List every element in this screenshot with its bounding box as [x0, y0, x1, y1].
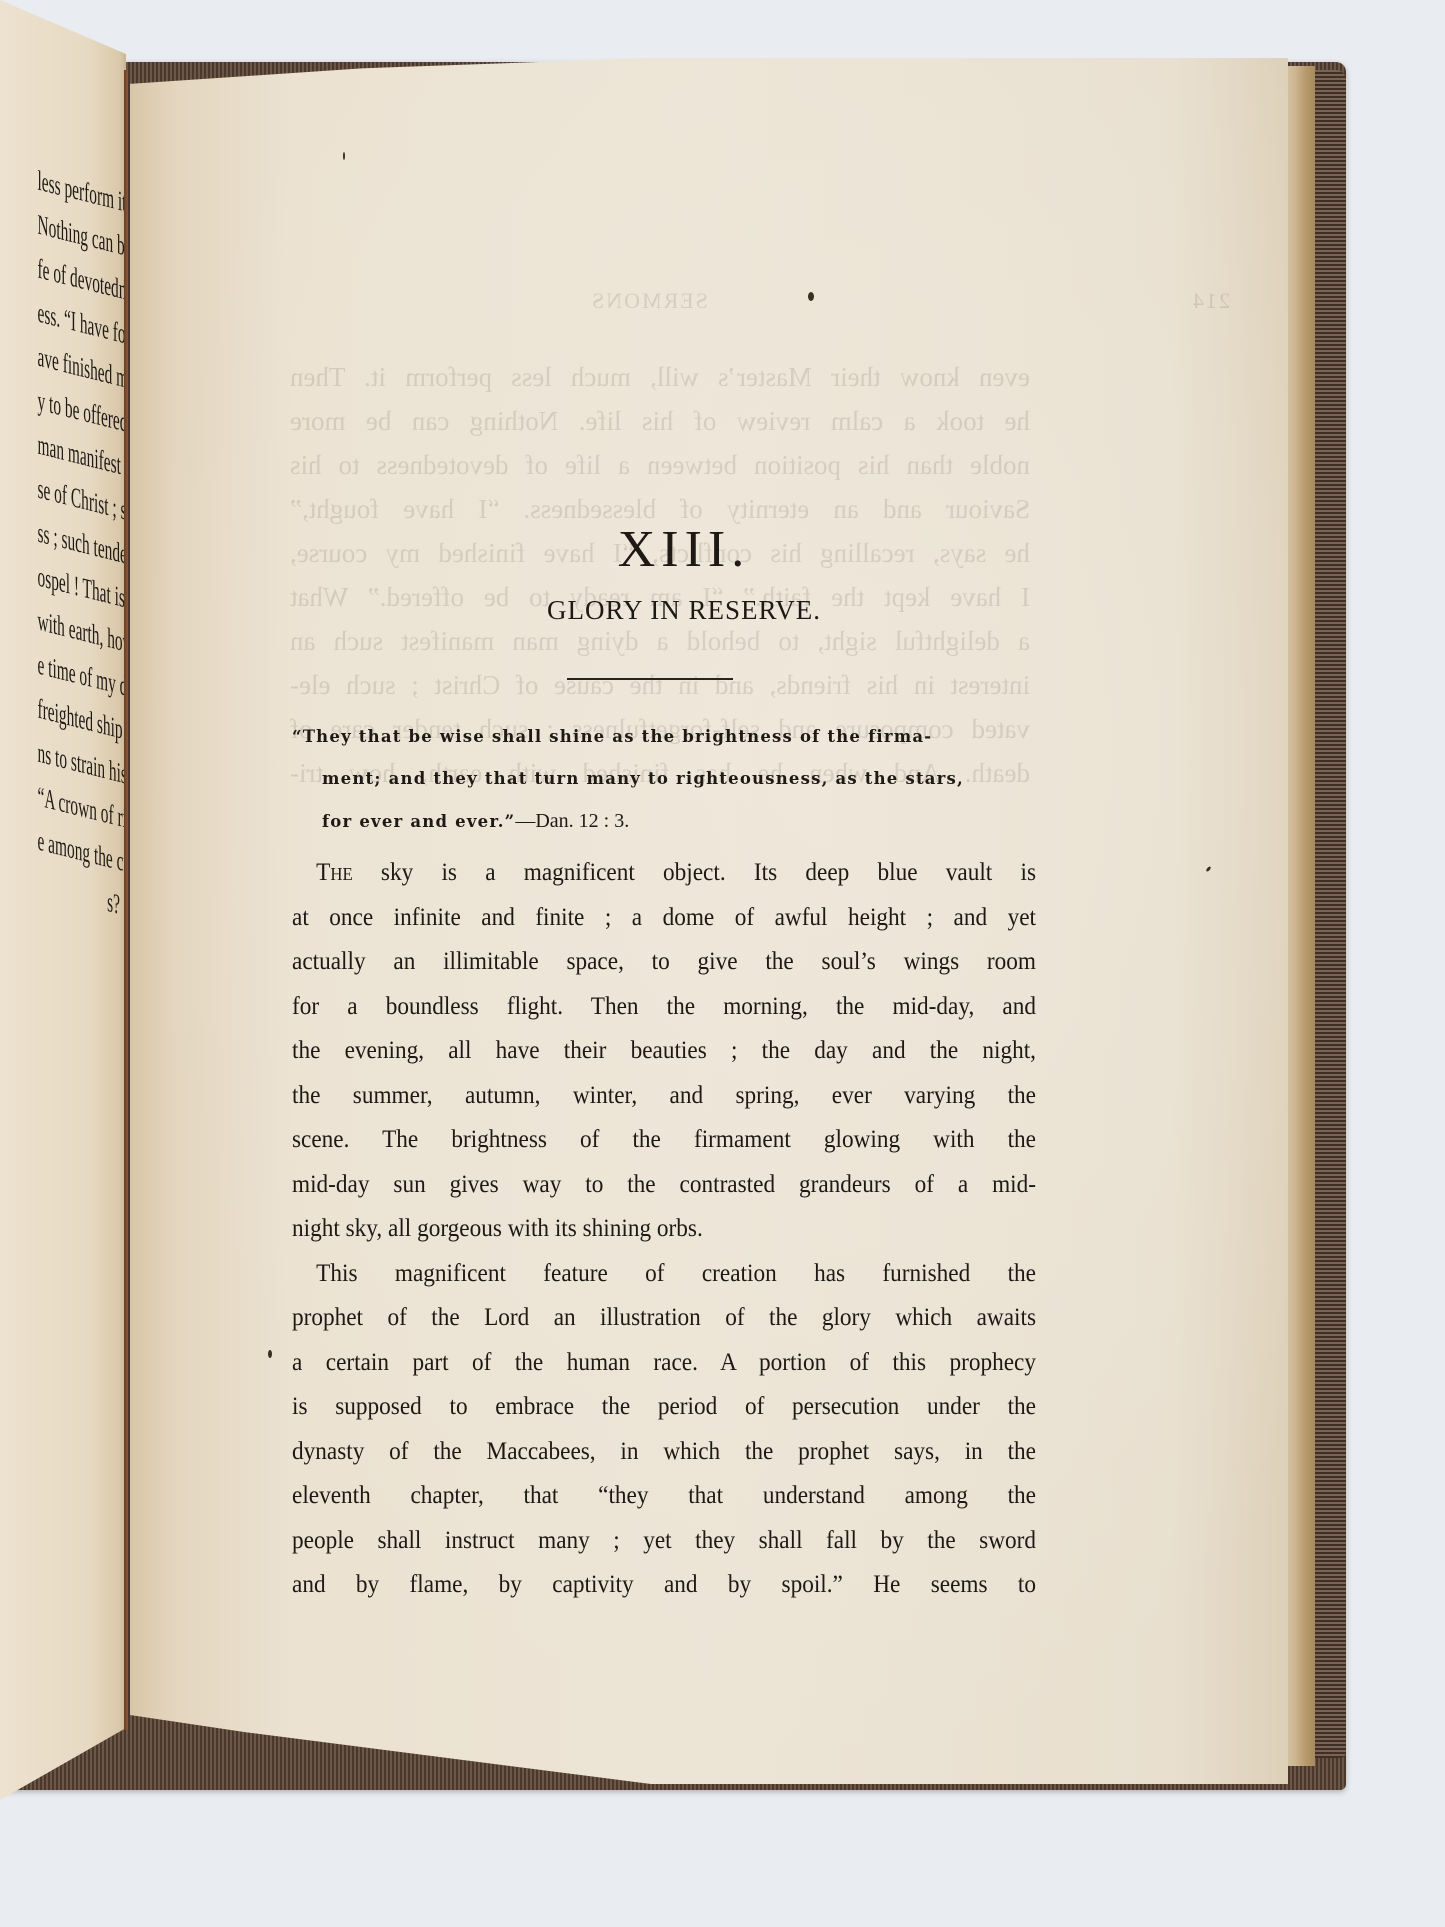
- text-line: prophet of the Lord an illustration of t…: [292, 1296, 1036, 1341]
- ink-speck: [808, 292, 814, 301]
- text-line: is supposed to embrace the period of per…: [292, 1385, 1036, 1430]
- chapter-number: XIII.: [332, 520, 1036, 580]
- text-line: and by flame, by captivity and by spoil.…: [292, 1563, 1036, 1608]
- text-line: This magnificent feature of creation has…: [292, 1252, 1036, 1297]
- left-page-text: less perform it. Then Nothing can be mor…: [38, 159, 121, 928]
- text-line: actually an illimitable space, to give t…: [292, 940, 1036, 985]
- text-line: night sky, all gorgeous with its shining…: [292, 1207, 1036, 1252]
- epigraph-line: “They that be wise shall shine as the br…: [292, 716, 1036, 758]
- text-line: eleventh chapter, that “they that unders…: [292, 1474, 1036, 1519]
- lead-word: The: [316, 859, 353, 886]
- text-line: the evening, all have their beauties ; t…: [292, 1029, 1036, 1074]
- book-cover-edge: [1312, 70, 1346, 1758]
- text-line: The sky is a magnificent object. Its dee…: [292, 851, 1036, 896]
- text-line: mid-day sun gives way to the contrasted …: [292, 1163, 1036, 1208]
- ink-speck: [343, 152, 345, 160]
- gutter: [124, 70, 128, 1730]
- epigraph-text: for ever and ever.”: [322, 812, 515, 831]
- divider-rule: [567, 678, 733, 680]
- left-page: less perform it. Then Nothing can be mor…: [0, 0, 126, 1800]
- text-line: for a boundless flight. Then the morning…: [292, 985, 1036, 1030]
- text-line: noble than his position between a life o…: [290, 443, 1030, 487]
- show-through-page-number: 214: [1191, 288, 1230, 314]
- text-line: the summer, autumn, winter, and spring, …: [292, 1074, 1036, 1119]
- paragraph-2: This magnificent feature of creation has…: [292, 1252, 1036, 1608]
- text-line: people shall instruct many ; yet they sh…: [292, 1519, 1036, 1564]
- show-through-running-head: 214 SERMONS: [590, 288, 1230, 314]
- text-fragment: sky is a magnificent object. Its deep bl…: [353, 859, 1036, 886]
- page-content: XIII. GLORY IN RESERVE. “They that be wi…: [292, 520, 1036, 1608]
- epigraph-line: ment; and they that turn many to righteo…: [292, 758, 1036, 800]
- text-line: at once infinite and finite ; a dome of …: [292, 896, 1036, 941]
- text-line: scene. The brightness of the firmament g…: [292, 1118, 1036, 1163]
- text-line: even know their Master’s will, much less…: [290, 355, 1030, 399]
- text-line: a certain part of the human race. A port…: [292, 1341, 1036, 1386]
- text-line: dynasty of the Maccabees, in which the p…: [292, 1430, 1036, 1475]
- epigraph: “They that be wise shall shine as the br…: [292, 716, 1036, 843]
- ink-speck: [268, 1350, 272, 1358]
- text-line: he took a calm review of his life. Nothi…: [290, 399, 1030, 443]
- paragraph-1: The sky is a magnificent object. Its dee…: [292, 851, 1036, 1252]
- epigraph-line: for ever and ever.”—Dan. 12 : 3.: [292, 800, 1036, 843]
- chapter-title: GLORY IN RESERVE.: [332, 590, 1036, 630]
- show-through-title: SERMONS: [590, 288, 708, 314]
- epigraph-reference: —Dan. 12 : 3.: [515, 810, 629, 832]
